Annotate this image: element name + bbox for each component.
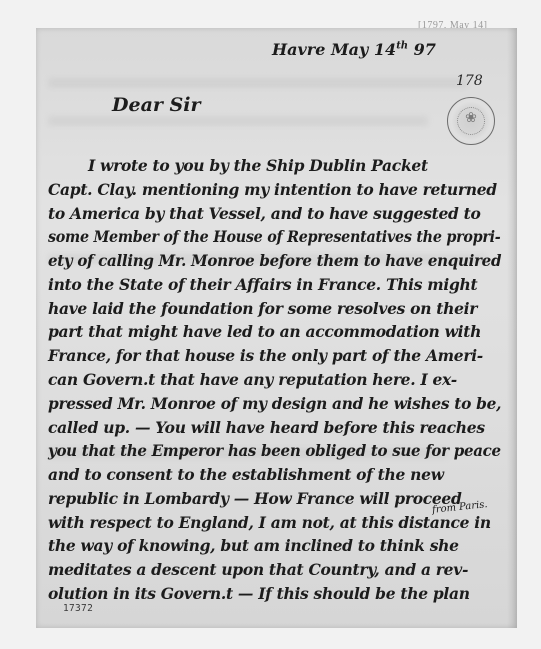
folio-number: 178: [456, 73, 483, 89]
body-line: olution in its Govern.t — If this should…: [48, 584, 470, 603]
body-line: called up. — You will have heard before …: [48, 418, 485, 437]
body-line: with respect to England, I am not, at th…: [48, 513, 491, 532]
ink-bleed-through: [48, 116, 428, 126]
body-line: can Govern.t that have any reputation he…: [48, 370, 457, 389]
dateline-month: May: [331, 40, 368, 59]
body-line: part that might have led to an accommoda…: [48, 322, 481, 341]
body-line: Capt. Clay. mentioning my intention to h…: [48, 180, 497, 199]
body-line: to America by that Vessel, and to have s…: [48, 204, 481, 223]
body-line: into the State of their Affairs in Franc…: [48, 275, 477, 294]
ink-bleed-through: [48, 78, 468, 88]
body-line: and to consent to the establishment of t…: [48, 465, 444, 484]
body-line: republic in Lombardy — How France will p…: [48, 489, 462, 508]
body-line: pressed Mr. Monroe of my design and he w…: [48, 394, 501, 413]
body-line: have laid the foundation for some resolv…: [48, 299, 477, 318]
body-line: the way of knowing, but am inclined to t…: [48, 536, 459, 555]
dateline-day-suffix: th: [396, 41, 408, 52]
body-line: some Member of the House of Representati…: [48, 227, 500, 246]
body-line: France, for that house is the only part …: [48, 346, 483, 365]
body-line: I wrote to you by the Ship Dublin Packet: [88, 156, 428, 175]
dateline-year: 97: [414, 40, 436, 59]
salutation: Dear Sir: [112, 94, 200, 116]
library-stamp: ❀: [447, 97, 495, 145]
body-line: you that the Emperor has been obliged to…: [48, 441, 501, 460]
manuscript-page: Havre May 14th 97 178 ❀ Dear Sir I wrote…: [36, 28, 517, 628]
dateline-day: 14: [374, 40, 396, 59]
body-line: ety of calling Mr. Monroe before them to…: [48, 251, 501, 270]
eagle-seal-icon: ❀: [448, 110, 494, 126]
body-line: meditates a descent upon that Country, a…: [48, 560, 468, 579]
page-number: 17372: [63, 603, 93, 614]
dateline: Havre May 14th 97: [272, 40, 436, 59]
dateline-place: Havre: [272, 40, 325, 59]
